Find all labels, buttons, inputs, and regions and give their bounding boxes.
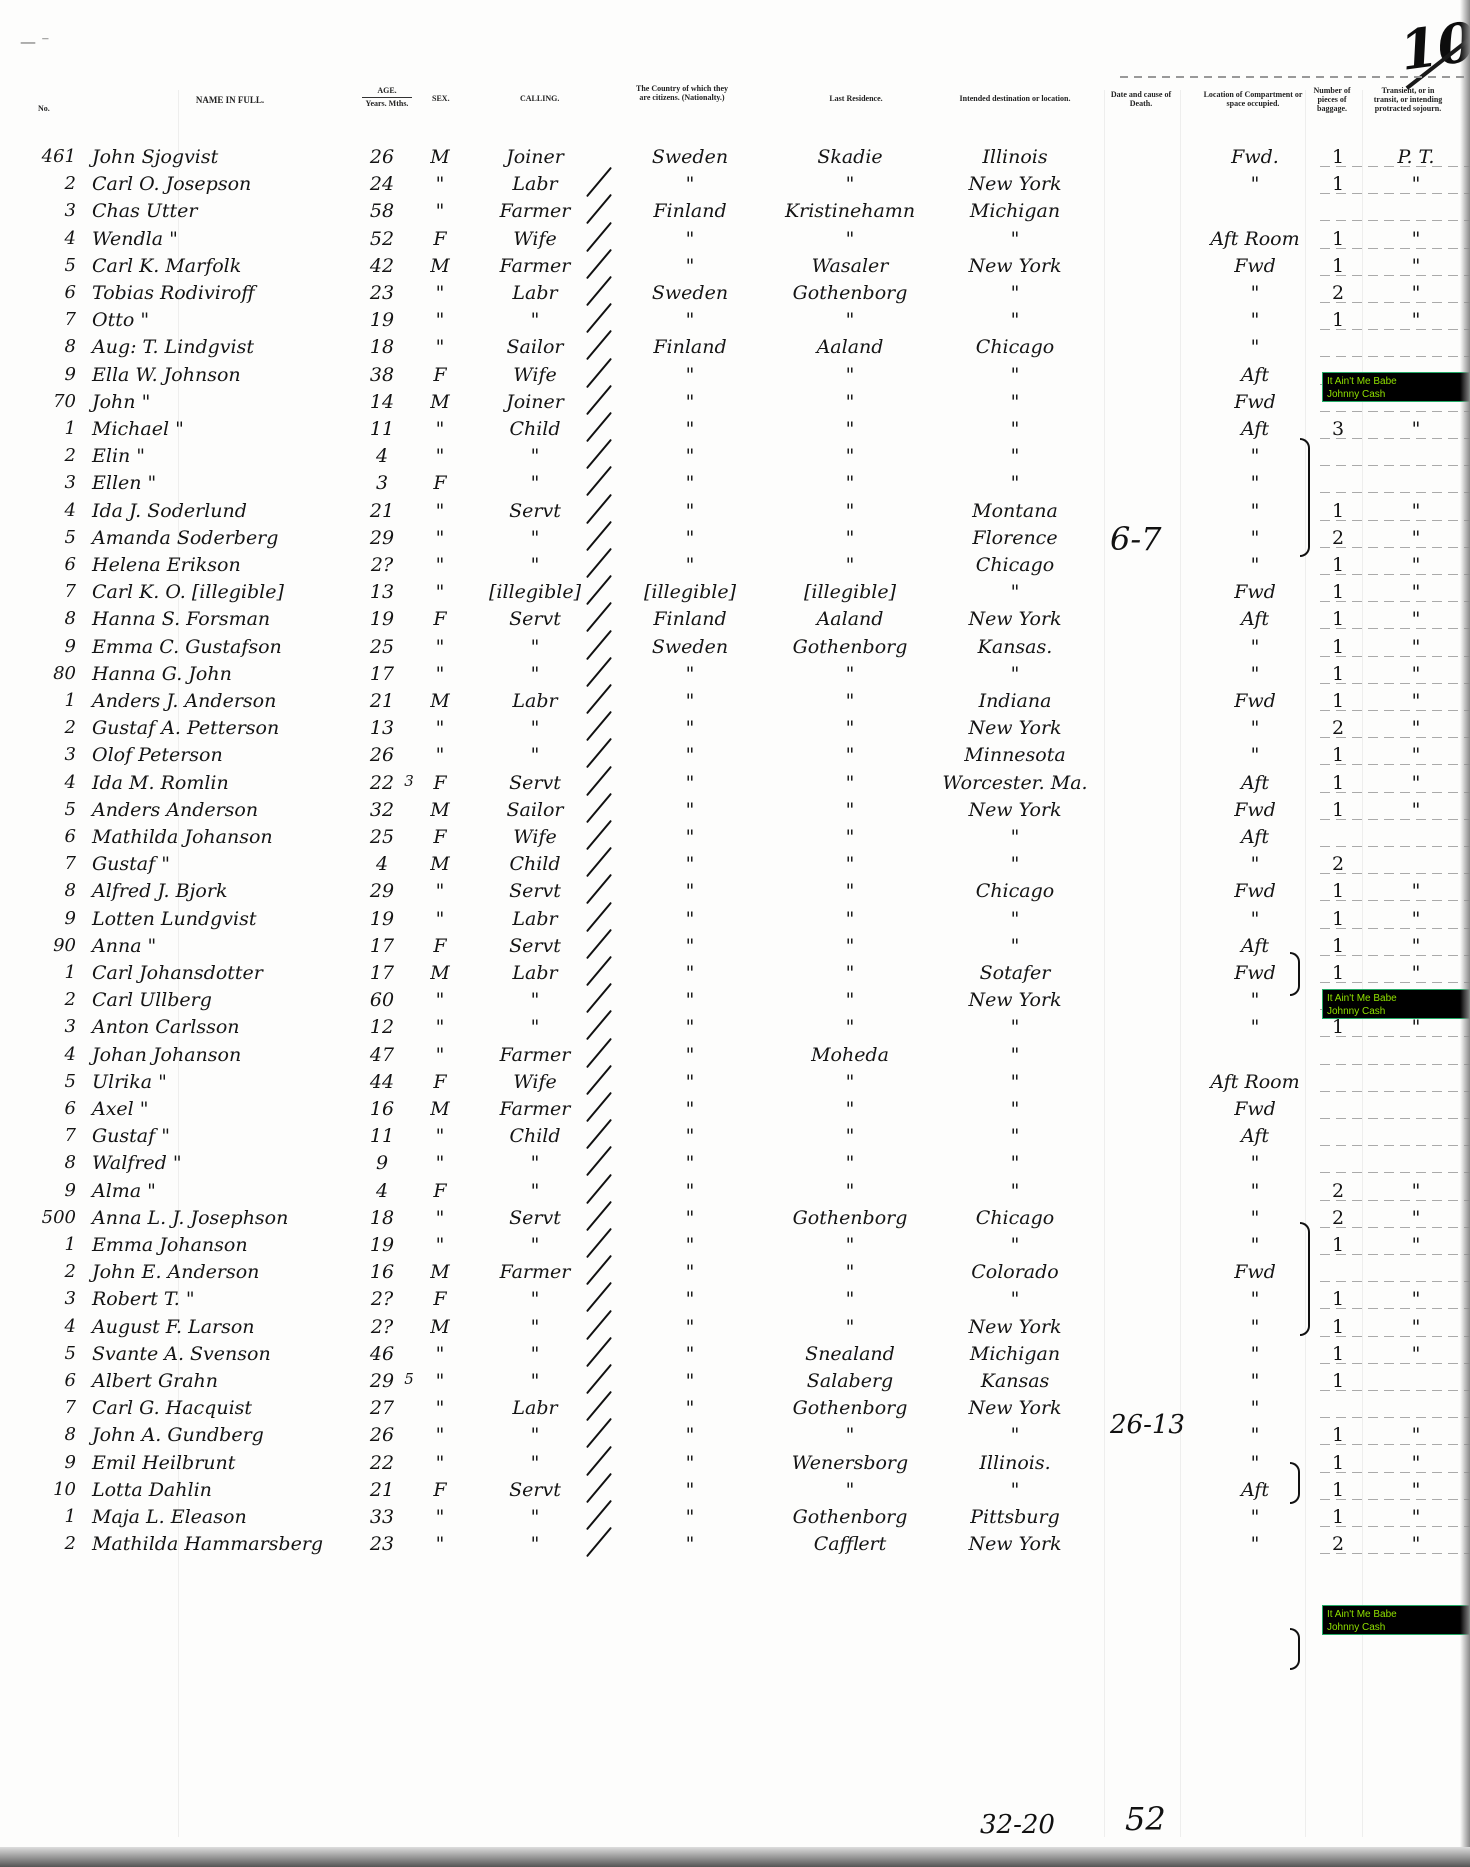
bracket bbox=[1290, 1628, 1300, 1670]
age-years: 32 bbox=[362, 799, 402, 821]
passenger-name: Albert Grahn bbox=[92, 1370, 362, 1392]
baggage-count: 1 bbox=[1318, 663, 1358, 685]
age-years: 46 bbox=[362, 1343, 402, 1365]
sex: " bbox=[420, 1424, 460, 1446]
passenger-name: Gustaf A. Petterson bbox=[92, 717, 362, 739]
row-number: 2 bbox=[40, 1533, 76, 1554]
age-years: 4 bbox=[362, 445, 402, 467]
nationality: " bbox=[610, 445, 770, 467]
nationality: " bbox=[610, 663, 770, 685]
last-residence: Snealand bbox=[770, 1343, 930, 1365]
last-residence: " bbox=[770, 1098, 930, 1120]
passenger-name: Amanda Soderberg bbox=[92, 527, 362, 549]
bracket bbox=[1290, 952, 1300, 996]
transient-status: " bbox=[1386, 663, 1446, 685]
passenger-name: Carl Ullberg bbox=[92, 989, 362, 1011]
baggage-count: 1 bbox=[1318, 146, 1358, 168]
calling: Labr bbox=[480, 690, 590, 712]
last-residence: " bbox=[770, 826, 930, 848]
last-residence: Moheda bbox=[770, 1044, 930, 1066]
sex: F bbox=[420, 772, 460, 794]
destination: Florence bbox=[930, 527, 1100, 549]
transient-status: " bbox=[1386, 554, 1446, 576]
destination: " bbox=[930, 935, 1100, 957]
calling: [illegible] bbox=[480, 581, 590, 603]
row-number: 2 bbox=[40, 717, 76, 738]
nationality: " bbox=[610, 690, 770, 712]
destination: " bbox=[930, 1288, 1100, 1310]
destination: Minnesota bbox=[930, 744, 1100, 766]
compartment: " bbox=[1190, 336, 1320, 358]
last-residence: " bbox=[770, 1016, 930, 1038]
sex: M bbox=[420, 1261, 460, 1283]
nationality: " bbox=[610, 1016, 770, 1038]
calling: " bbox=[480, 445, 590, 467]
destination: " bbox=[930, 1180, 1100, 1202]
calling: Farmer bbox=[480, 1044, 590, 1066]
sex: " bbox=[420, 554, 460, 576]
passenger-name: Emil Heilbrunt bbox=[92, 1452, 362, 1474]
calling: Servt bbox=[480, 500, 590, 522]
passenger-name: Chas Utter bbox=[92, 200, 362, 222]
transient-status: " bbox=[1386, 1424, 1446, 1446]
last-residence: Wenersborg bbox=[770, 1452, 930, 1474]
transient-status: " bbox=[1386, 282, 1446, 304]
nationality: " bbox=[610, 1207, 770, 1229]
passenger-name: Anna " bbox=[92, 935, 362, 957]
last-residence: Gothenborg bbox=[770, 1207, 930, 1229]
compartment: " bbox=[1190, 1397, 1320, 1419]
sex: " bbox=[420, 1234, 460, 1256]
calling: Farmer bbox=[480, 200, 590, 222]
baggage-count: 1 bbox=[1318, 1288, 1358, 1310]
calling: " bbox=[480, 1180, 590, 1202]
sex: " bbox=[420, 445, 460, 467]
calling: " bbox=[480, 636, 590, 658]
nationality: " bbox=[610, 1424, 770, 1446]
passenger-name: John Sjogvist bbox=[92, 146, 362, 168]
row-number: 3 bbox=[40, 1288, 76, 1309]
compartment: " bbox=[1190, 1016, 1320, 1038]
nationality: " bbox=[610, 717, 770, 739]
transient-status: " bbox=[1386, 772, 1446, 794]
calling: " bbox=[480, 1316, 590, 1338]
compartment: " bbox=[1190, 1370, 1320, 1392]
row-number: 80 bbox=[40, 663, 76, 684]
compartment: Fwd bbox=[1190, 962, 1320, 984]
transient-status: " bbox=[1386, 1506, 1446, 1528]
passenger-name: Gustaf " bbox=[92, 1125, 362, 1147]
last-residence: " bbox=[770, 228, 930, 250]
calling: Farmer bbox=[480, 255, 590, 277]
bottom-annotation: 32-20 bbox=[980, 1810, 1055, 1840]
row-number: 5 bbox=[40, 527, 76, 548]
now-playing-overlay: It Ain't Me Babe Johnny Cash bbox=[1322, 1605, 1470, 1635]
nationality: " bbox=[610, 1098, 770, 1120]
age-years: 24 bbox=[362, 173, 402, 195]
age-years: 3 bbox=[362, 472, 402, 494]
passenger-name: Carl Johansdotter bbox=[92, 962, 362, 984]
destination: Colorado bbox=[930, 1261, 1100, 1283]
last-residence: Gothenborg bbox=[770, 1397, 930, 1419]
row-number: 3 bbox=[40, 744, 76, 765]
transient-status: " bbox=[1386, 581, 1446, 603]
calling: Servt bbox=[480, 1479, 590, 1501]
compartment: " bbox=[1190, 1343, 1320, 1365]
compartment: " bbox=[1190, 1424, 1320, 1446]
age-years: 17 bbox=[362, 962, 402, 984]
header-age-label: AGE. bbox=[377, 86, 396, 95]
calling: " bbox=[480, 1234, 590, 1256]
nationality: " bbox=[610, 500, 770, 522]
header-last-residence: Last Residence. bbox=[816, 94, 896, 103]
passenger-name: Carl K. O. [illegible] bbox=[92, 581, 362, 603]
page-edge-shadow bbox=[1460, 0, 1470, 1867]
nationality: " bbox=[610, 744, 770, 766]
sex: " bbox=[420, 636, 460, 658]
calling: Farmer bbox=[480, 1261, 590, 1283]
age-years: 58 bbox=[362, 200, 402, 222]
row-number: 90 bbox=[40, 935, 76, 956]
last-residence: " bbox=[770, 1479, 930, 1501]
row-number: 10 bbox=[40, 1479, 76, 1500]
nationality: " bbox=[610, 309, 770, 331]
row-number: 4 bbox=[40, 228, 76, 249]
nationality: " bbox=[610, 908, 770, 930]
sex: " bbox=[420, 1207, 460, 1229]
row-number: 7 bbox=[40, 581, 76, 602]
passenger-name: Emma C. Gustafson bbox=[92, 636, 362, 658]
nationality: " bbox=[610, 826, 770, 848]
age-years: 60 bbox=[362, 989, 402, 1011]
nationality: Finland bbox=[610, 200, 770, 222]
header-baggage: Number of pieces of baggage. bbox=[1310, 86, 1354, 113]
calling: " bbox=[480, 989, 590, 1011]
compartment: Aft bbox=[1190, 608, 1320, 630]
baggage-count: 2 bbox=[1318, 282, 1358, 304]
row-number: 2 bbox=[40, 173, 76, 194]
last-residence: " bbox=[770, 472, 930, 494]
destination: " bbox=[930, 228, 1100, 250]
destination: New York bbox=[930, 173, 1100, 195]
calling: Joiner bbox=[480, 146, 590, 168]
baggage-count: 1 bbox=[1318, 581, 1358, 603]
calling: Labr bbox=[480, 173, 590, 195]
margin-annotation: 26-13 bbox=[1110, 1410, 1185, 1440]
baggage-count: 1 bbox=[1318, 608, 1358, 630]
row-number: 9 bbox=[40, 908, 76, 929]
last-residence: " bbox=[770, 1261, 930, 1283]
destination: " bbox=[930, 1125, 1100, 1147]
age-years: 2? bbox=[362, 1288, 402, 1310]
calling: " bbox=[480, 1424, 590, 1446]
now-playing-overlay: It Ain't Me Babe Johnny Cash bbox=[1322, 989, 1470, 1019]
destination: New York bbox=[930, 717, 1100, 739]
sex: " bbox=[420, 1533, 460, 1555]
last-residence: " bbox=[770, 1288, 930, 1310]
destination: Chicago bbox=[930, 336, 1100, 358]
transient-status: " bbox=[1386, 690, 1446, 712]
baggage-count: 1 bbox=[1318, 1234, 1358, 1256]
destination: New York bbox=[930, 1533, 1100, 1555]
sex: " bbox=[420, 1343, 460, 1365]
age-years: 29 bbox=[362, 527, 402, 549]
age-years: 38 bbox=[362, 364, 402, 386]
age-years: 47 bbox=[362, 1044, 402, 1066]
calling: Servt bbox=[480, 1207, 590, 1229]
passenger-name: Michael " bbox=[92, 418, 362, 440]
baggage-count: 1 bbox=[1318, 500, 1358, 522]
row-number: 6 bbox=[40, 1098, 76, 1119]
calling: Labr bbox=[480, 962, 590, 984]
age-years: 21 bbox=[362, 1479, 402, 1501]
song-artist: Johnny Cash bbox=[1327, 388, 1469, 401]
passenger-name: August F. Larson bbox=[92, 1316, 362, 1338]
passenger-name: Emma Johanson bbox=[92, 1234, 362, 1256]
header-age-sub: Years. Mths. bbox=[362, 97, 412, 108]
destination: " bbox=[930, 472, 1100, 494]
transient-status: " bbox=[1386, 1316, 1446, 1338]
destination: Kansas. bbox=[930, 636, 1100, 658]
compartment: " bbox=[1190, 1452, 1320, 1474]
compartment: Fwd bbox=[1190, 880, 1320, 902]
baggage-count: 2 bbox=[1318, 1533, 1358, 1555]
baggage-count: 1 bbox=[1318, 1316, 1358, 1338]
last-residence: Gothenborg bbox=[770, 282, 930, 304]
age-years: 26 bbox=[362, 146, 402, 168]
passenger-name: Ellen " bbox=[92, 472, 362, 494]
destination: " bbox=[930, 364, 1100, 386]
age-years: 23 bbox=[362, 282, 402, 304]
compartment: Fwd bbox=[1190, 799, 1320, 821]
compartment: " bbox=[1190, 554, 1320, 576]
age-years: 4 bbox=[362, 1180, 402, 1202]
sex: " bbox=[420, 418, 460, 440]
transient-status: " bbox=[1386, 1452, 1446, 1474]
compartment: " bbox=[1190, 1180, 1320, 1202]
destination: " bbox=[930, 391, 1100, 413]
calling: " bbox=[480, 1452, 590, 1474]
last-residence: " bbox=[770, 962, 930, 984]
calling: Sailor bbox=[480, 336, 590, 358]
transient-status: " bbox=[1386, 1343, 1446, 1365]
sex: F bbox=[420, 1479, 460, 1501]
sex: " bbox=[420, 527, 460, 549]
destination: " bbox=[930, 1152, 1100, 1174]
calling: " bbox=[480, 1343, 590, 1365]
last-residence: " bbox=[770, 989, 930, 1011]
sex: M bbox=[420, 391, 460, 413]
row-number: 8 bbox=[40, 880, 76, 901]
baggage-count: 2 bbox=[1318, 1180, 1358, 1202]
last-residence: " bbox=[770, 1424, 930, 1446]
calling: Labr bbox=[480, 908, 590, 930]
passenger-name: Walfred " bbox=[92, 1152, 362, 1174]
calling: Farmer bbox=[480, 1098, 590, 1120]
destination: " bbox=[930, 1479, 1100, 1501]
passenger-name: Mathilda Hammarsberg bbox=[92, 1533, 362, 1555]
destination: New York bbox=[930, 255, 1100, 277]
transient-status: " bbox=[1386, 1234, 1446, 1256]
age-years: 22 bbox=[362, 772, 402, 794]
calling: " bbox=[480, 1288, 590, 1310]
nationality: " bbox=[610, 1452, 770, 1474]
bracket bbox=[1300, 438, 1310, 557]
last-residence: " bbox=[770, 1125, 930, 1147]
transient-status: " bbox=[1386, 744, 1446, 766]
sex: " bbox=[420, 880, 460, 902]
nationality: " bbox=[610, 554, 770, 576]
nationality: " bbox=[610, 527, 770, 549]
compartment: Aft bbox=[1190, 364, 1320, 386]
destination: " bbox=[930, 908, 1100, 930]
age-years: 19 bbox=[362, 309, 402, 331]
transient-status: " bbox=[1386, 527, 1446, 549]
destination: Illinois bbox=[930, 146, 1100, 168]
sex: " bbox=[420, 1370, 460, 1392]
row-number: 3 bbox=[40, 1016, 76, 1037]
calling: Child bbox=[480, 418, 590, 440]
compartment: Fwd bbox=[1190, 255, 1320, 277]
sex: " bbox=[420, 282, 460, 304]
song-artist: Johnny Cash bbox=[1327, 1005, 1469, 1018]
compartment: Aft bbox=[1190, 935, 1320, 957]
age-years: 21 bbox=[362, 690, 402, 712]
destination: " bbox=[930, 1016, 1100, 1038]
destination: Chicago bbox=[930, 880, 1100, 902]
destination: Indiana bbox=[930, 690, 1100, 712]
nationality: " bbox=[610, 1288, 770, 1310]
row-number: 6 bbox=[40, 282, 76, 303]
sex: M bbox=[420, 799, 460, 821]
header-destination: Intended destination or location. bbox=[950, 94, 1080, 103]
row-number: 2 bbox=[40, 989, 76, 1010]
passenger-name: Anna L. J. Josephson bbox=[92, 1207, 362, 1229]
transient-status: " bbox=[1386, 962, 1446, 984]
destination: New York bbox=[930, 799, 1100, 821]
destination: New York bbox=[930, 1397, 1100, 1419]
passenger-name: Gustaf " bbox=[92, 853, 362, 875]
age-years: 27 bbox=[362, 1397, 402, 1419]
passenger-name: Ella W. Johnson bbox=[92, 364, 362, 386]
baggage-count: 1 bbox=[1318, 1343, 1358, 1365]
transient-status: " bbox=[1386, 880, 1446, 902]
transient-status: " bbox=[1386, 173, 1446, 195]
age-years: 13 bbox=[362, 717, 402, 739]
age-years: 19 bbox=[362, 1234, 402, 1256]
last-residence: Kristinehamn bbox=[770, 200, 930, 222]
last-residence: " bbox=[770, 1316, 930, 1338]
transient-status: " bbox=[1386, 500, 1446, 522]
last-residence: " bbox=[770, 717, 930, 739]
last-residence: " bbox=[770, 744, 930, 766]
destination: Chicago bbox=[930, 554, 1100, 576]
last-residence: Cafflert bbox=[770, 1533, 930, 1555]
row-number: 2 bbox=[40, 445, 76, 466]
row-number: 8 bbox=[40, 336, 76, 357]
passenger-name: Alma " bbox=[92, 1180, 362, 1202]
age-years: 18 bbox=[362, 336, 402, 358]
baggage-count: 1 bbox=[1318, 880, 1358, 902]
nationality: " bbox=[610, 935, 770, 957]
baggage-count: 1 bbox=[1318, 744, 1358, 766]
passenger-name: Tobias Rodiviroff bbox=[92, 282, 362, 304]
sex: F bbox=[420, 1288, 460, 1310]
sex: " bbox=[420, 1044, 460, 1066]
compartment: " bbox=[1190, 1533, 1320, 1555]
destination: " bbox=[930, 1044, 1100, 1066]
row-number: 7 bbox=[40, 1397, 76, 1418]
header-compartment: Location of Compartment or space occupie… bbox=[1198, 90, 1308, 108]
destination: Sotafer bbox=[930, 962, 1100, 984]
calling: Child bbox=[480, 1125, 590, 1147]
destination: Illinois. bbox=[930, 1452, 1100, 1474]
song-title: It Ain't Me Babe bbox=[1327, 1608, 1469, 1621]
transient-status: " bbox=[1386, 717, 1446, 739]
age-years: 29 bbox=[362, 1370, 402, 1392]
nationality: " bbox=[610, 1479, 770, 1501]
calling: " bbox=[480, 472, 590, 494]
header-sex: SEX. bbox=[432, 94, 450, 103]
age-years: 2? bbox=[362, 554, 402, 576]
sex: M bbox=[420, 255, 460, 277]
sex: F bbox=[420, 608, 460, 630]
compartment: " bbox=[1190, 309, 1320, 331]
destination: Kansas bbox=[930, 1370, 1100, 1392]
sex: " bbox=[420, 173, 460, 195]
passenger-name: Carl K. Marfolk bbox=[92, 255, 362, 277]
table-row: 2Mathilda Hammarsberg23"""CafflertNew Yo… bbox=[0, 1527, 1470, 1559]
calling: " bbox=[480, 527, 590, 549]
baggage-count: 2 bbox=[1318, 1207, 1358, 1229]
last-residence: " bbox=[770, 1234, 930, 1256]
sex: " bbox=[420, 1397, 460, 1419]
age-years: 19 bbox=[362, 908, 402, 930]
age-years: 16 bbox=[362, 1098, 402, 1120]
destination: Michigan bbox=[930, 1343, 1100, 1365]
sex: M bbox=[420, 146, 460, 168]
row-number: 500 bbox=[40, 1207, 76, 1228]
calling: Servt bbox=[480, 772, 590, 794]
nationality: " bbox=[610, 418, 770, 440]
passenger-name: Carl O. Josepson bbox=[92, 173, 362, 195]
header-age: AGE. Years. Mths. bbox=[362, 86, 412, 108]
last-residence: " bbox=[770, 663, 930, 685]
nationality: " bbox=[610, 228, 770, 250]
song-title: It Ain't Me Babe bbox=[1327, 992, 1469, 1005]
transient-status: " bbox=[1386, 608, 1446, 630]
calling: " bbox=[480, 554, 590, 576]
baggage-count: 1 bbox=[1318, 636, 1358, 658]
destination: Michigan bbox=[930, 200, 1100, 222]
row-number: 5 bbox=[40, 1071, 76, 1092]
sex: F bbox=[420, 364, 460, 386]
calling: Labr bbox=[480, 282, 590, 304]
nationality: " bbox=[610, 1343, 770, 1365]
transient-status: P. T. bbox=[1386, 146, 1446, 168]
sex: F bbox=[420, 228, 460, 250]
calling: Servt bbox=[480, 880, 590, 902]
row-number: 4 bbox=[40, 772, 76, 793]
calling: " bbox=[480, 717, 590, 739]
destination: " bbox=[930, 581, 1100, 603]
song-title: It Ain't Me Babe bbox=[1327, 375, 1469, 388]
nationality: " bbox=[610, 1261, 770, 1283]
compartment: " bbox=[1190, 636, 1320, 658]
sex: " bbox=[420, 581, 460, 603]
calling: " bbox=[480, 1370, 590, 1392]
transient-status: " bbox=[1386, 636, 1446, 658]
